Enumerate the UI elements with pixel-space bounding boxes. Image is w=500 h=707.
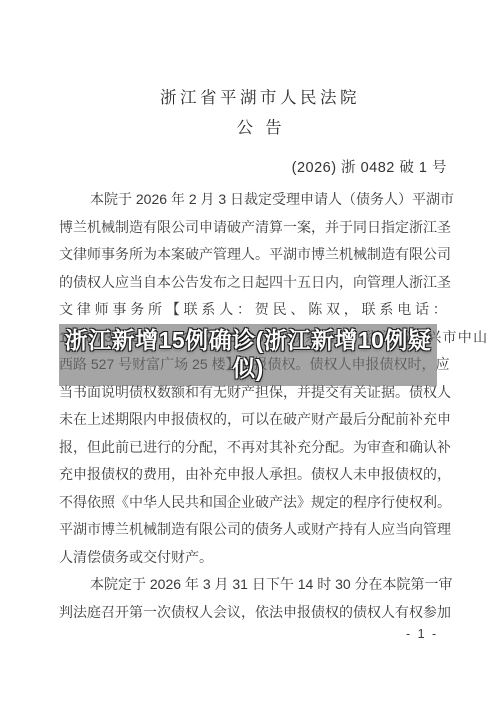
body-line: 博兰机械制造有限公司申请破产清算一案，并于同日指定浙江圣 — [59, 214, 451, 242]
body-line: 本院于 2026 年 2 月 3 日裁定受理申请人（债务人）平湖市 — [59, 186, 451, 214]
body-line: 充申报债权的费用，由补充申报人承担。债权人未申报债权的， — [59, 461, 451, 489]
page-number: - 1 - — [406, 627, 438, 641]
body-line: 判法庭召开第一次债权人会议，依法申报债权的债权人有权参加 — [59, 599, 451, 627]
body-line: 文律师事务所为本案破产管理人。平湖市博兰机械制造有限公司 — [59, 241, 451, 269]
body-line: 平湖市博兰机械制造有限公司的债务人或财产持有人应当向管理 — [59, 516, 451, 544]
document-body: 本院于 2026 年 2 月 3 日裁定受理申请人（债务人）平湖市 博兰机械制造… — [59, 186, 451, 626]
announcement-title: 公 告 — [0, 114, 500, 138]
body-line: 文律师事务所【联系人：贺民、陈双，联系电话： — [59, 296, 451, 324]
court-name-title: 浙江省平湖市人民法院 — [0, 84, 500, 108]
body-line: 报，但此前已进行的分配，不再对其补充分配。为审查和确认补 — [59, 434, 451, 462]
body-line: 本院定于 2026 年 3 月 31 日下午 14 时 30 分在本院第一审 — [59, 571, 451, 599]
body-line: 的债权人应当自本公告发布之日起四十五日内，向管理人浙江圣 — [59, 269, 451, 297]
body-line: 人清偿债务或交付财产。 — [59, 544, 451, 572]
headline-overlay: 浙江新增15例确诊(浙江新增10例疑似) — [59, 324, 437, 386]
headline-text: 浙江新增15例确诊(浙江新增10例疑似) — [62, 326, 434, 382]
body-line: 未在上述期限内申报债权的，可以在破产财产最后分配前补充申 — [59, 406, 451, 434]
case-number: (2026) 浙 0482 破 1 号 — [292, 156, 447, 177]
court-announcement-page: 浙江省平湖市人民法院 公 告 (2026) 浙 0482 破 1 号 本院于 2… — [0, 0, 500, 707]
body-line: 不得依照《中华人民共和国企业破产法》规定的程序行使权利。 — [59, 489, 451, 517]
